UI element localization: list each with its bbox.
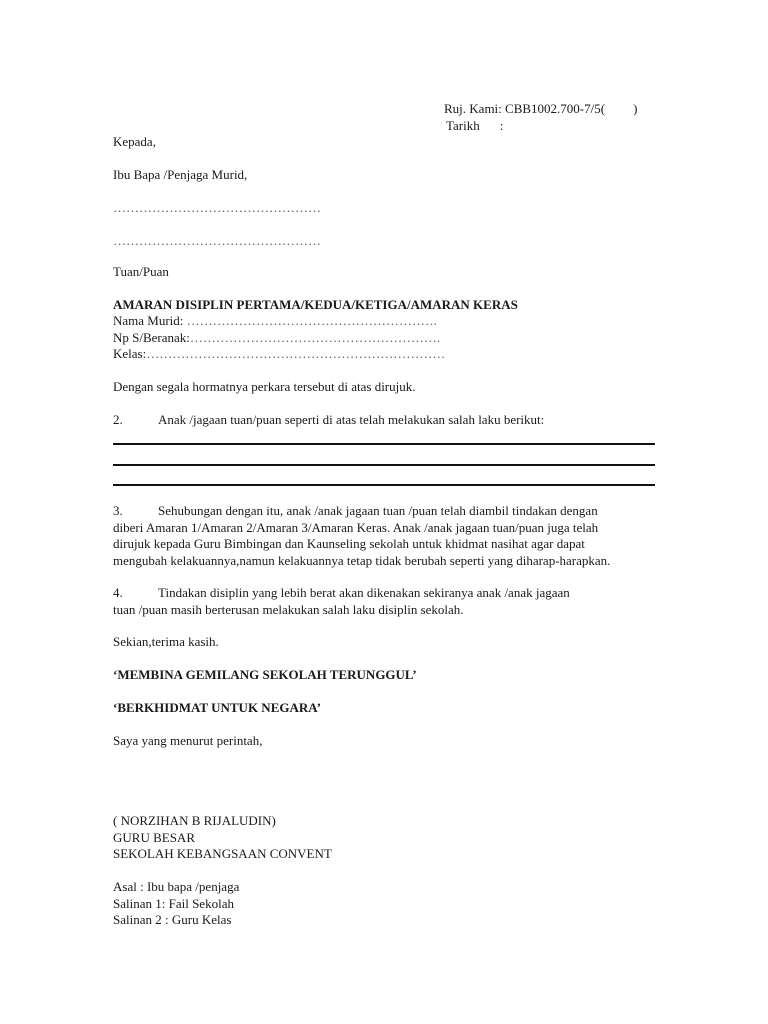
paragraph-number: 3. (113, 503, 158, 520)
paragraph-line: tuan /puan masih berterusan melakukan sa… (113, 602, 464, 619)
subject-title: AMARAN DISIPLIN PERTAMA/KEDUA/KETIGA/AMA… (113, 297, 518, 314)
paragraph-line: dirujuk kepada Guru Bimbingan dan Kaunse… (113, 536, 585, 553)
field-birth-cert: Np S/Beranak:…………………………………………………. (113, 330, 440, 347)
date-line: Tarikh: (446, 118, 503, 135)
closing: Sekian,terima kasih. (113, 634, 219, 651)
field-student-name: Nama Murid: …………………………………………………. (113, 313, 437, 330)
copy-2: Salinan 2 : Guru Kelas (113, 912, 231, 929)
copy-original: Asal : Ibu bapa /penjaga (113, 879, 239, 896)
paragraph-2: 2.Anak /jagaan tuan/puan seperti di atas… (113, 412, 544, 429)
reference-value: CBB1002.700-7/5( (505, 101, 605, 116)
paragraph-number: 2. (113, 412, 158, 429)
fill-in-line-1 (113, 443, 655, 445)
field-value: …………………………………………………………… (146, 346, 445, 361)
reference-number: Ruj. Kami: CBB1002.700-7/5() (444, 101, 637, 118)
address-line-1: ………………………………………… (113, 200, 321, 217)
paragraph-line: mengubah kelakuannya,namun kelakuannya t… (113, 553, 610, 570)
paragraph-number: 4. (113, 585, 158, 602)
greeting: Tuan/Puan (113, 264, 169, 281)
signatory-name: ( NORZIHAN B RIJALUDIN) (113, 813, 276, 830)
field-label: Nama Murid: (113, 313, 183, 328)
addressee: Ibu Bapa /Penjaga Murid, (113, 167, 247, 184)
fill-in-line-3 (113, 484, 655, 486)
signatory-position: GURU BESAR (113, 830, 195, 847)
reference-close: ) (633, 101, 637, 118)
paragraph-line: 4.Tindakan disiplin yang lebih berat aka… (113, 585, 570, 602)
motto-1: ‘MEMBINA GEMILANG SEKOLAH TERUNGGUL’ (113, 667, 417, 684)
date-colon: : (500, 118, 504, 135)
motto-2: ‘BERKHIDMAT UNTUK NEGARA’ (113, 700, 321, 717)
paragraph-line: 3.Sehubungan dengan itu, anak /anak jaga… (113, 503, 598, 520)
address-line-2: ………………………………………… (113, 233, 321, 250)
paragraph-line: diberi Amaran 1/Amaran 2/Amaran 3/Amaran… (113, 520, 598, 537)
field-label: Kelas: (113, 346, 146, 361)
date-label: Tarikh (446, 118, 480, 133)
sign-off: Saya yang menurut perintah, (113, 733, 262, 750)
field-label: Np S/Beranak: (113, 330, 190, 345)
intro-paragraph: Dengan segala hormatnya perkara tersebut… (113, 379, 416, 396)
field-value: …………………………………………………. (183, 313, 437, 328)
field-value: …………………………………………………. (190, 330, 440, 345)
field-class: Kelas:…………………………………………………………… (113, 346, 445, 363)
fill-in-line-2 (113, 464, 655, 466)
paragraph-text: Anak /jagaan tuan/puan seperti di atas t… (158, 412, 544, 427)
salutation-to: Kepada, (113, 134, 156, 151)
reference-label: Ruj. Kami: (444, 101, 502, 116)
school-name: SEKOLAH KEBANGSAAN CONVENT (113, 846, 332, 863)
paragraph-text: Tindakan disiplin yang lebih berat akan … (158, 585, 570, 600)
paragraph-text: Sehubungan dengan itu, anak /anak jagaan… (158, 503, 598, 518)
copy-1: Salinan 1: Fail Sekolah (113, 896, 234, 913)
